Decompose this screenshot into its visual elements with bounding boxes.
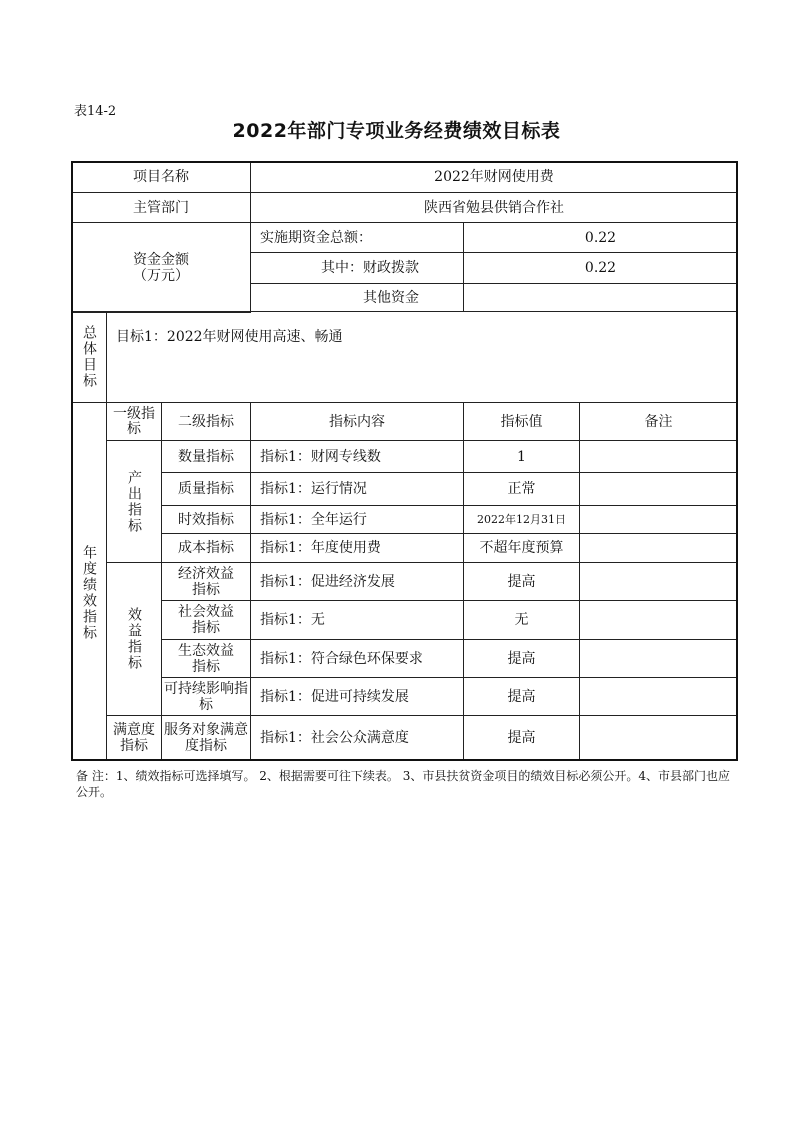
level2-cell: 社会效益指标 bbox=[161, 600, 251, 640]
overall-goal-label-cell: 总体目标 bbox=[71, 311, 107, 403]
content-cell: 指标1：社会公众满意度 bbox=[250, 715, 464, 761]
level2-cell: 质量指标 bbox=[161, 472, 251, 506]
funds-fiscal-label: 其中：财政拨款 bbox=[250, 252, 464, 284]
content-cell: 指标1：符合绿色环保要求 bbox=[250, 639, 464, 678]
value-cell: 正常 bbox=[463, 472, 580, 506]
header-level2: 二级指标 bbox=[161, 402, 251, 441]
header-remark: 备注 bbox=[579, 402, 738, 441]
remark-cell bbox=[579, 562, 738, 601]
content-cell: 指标1：促进经济发展 bbox=[250, 562, 464, 601]
funds-label: 资金金额 bbox=[133, 252, 189, 268]
level1-output: 产出指标 bbox=[106, 440, 162, 563]
value-cell: 2022年12月31日 bbox=[463, 505, 580, 534]
performance-target-table: 项目名称 2022年财网使用费 主管部门 陕西省勉县供销合作社 资金金额 （万元… bbox=[72, 162, 738, 761]
footnote: 备 注：1、绩效指标可选择填写。 2、根据需要可往下续表。 3、市县扶贫资金项目… bbox=[76, 768, 740, 800]
project-name-value: 2022年财网使用费 bbox=[250, 161, 738, 193]
header-value: 指标值 bbox=[463, 402, 580, 441]
value-cell: 不超年度预算 bbox=[463, 533, 580, 563]
level1-satisfaction: 满意度指标 bbox=[106, 715, 162, 761]
level2-cell: 成本指标 bbox=[161, 533, 251, 563]
level1-benefit: 效益指标 bbox=[106, 562, 162, 716]
content-cell: 指标1：全年运行 bbox=[250, 505, 464, 534]
dept-value: 陕西省勉县供销合作社 bbox=[250, 192, 738, 223]
page-title: 2022年部门专项业务经费绩效目标表 bbox=[0, 116, 793, 143]
level2-cell: 生态效益指标 bbox=[161, 639, 251, 678]
value-cell: 提高 bbox=[463, 715, 580, 761]
funds-other-label: 其他资金 bbox=[250, 283, 464, 312]
level2-cell: 服务对象满意度指标 bbox=[161, 715, 251, 761]
annual-label-cell: 年度绩效指标 bbox=[71, 402, 107, 760]
funds-unit: （万元） bbox=[133, 268, 189, 284]
value-cell: 提高 bbox=[463, 562, 580, 601]
content-cell: 指标1：运行情况 bbox=[250, 472, 464, 506]
funds-other-value bbox=[463, 283, 738, 312]
remark-cell bbox=[579, 639, 738, 678]
overall-goal-text: 目标1：2022年财网使用高速、畅通 bbox=[106, 311, 738, 403]
value-cell: 1 bbox=[463, 440, 580, 473]
remark-cell bbox=[579, 505, 738, 534]
value-cell: 无 bbox=[463, 600, 580, 640]
remark-cell bbox=[579, 677, 738, 716]
funds-total-value: 0.22 bbox=[463, 222, 738, 253]
value-cell: 提高 bbox=[463, 677, 580, 716]
annual-label: 年度绩效指标 bbox=[81, 545, 97, 641]
header-content: 指标内容 bbox=[250, 402, 464, 441]
funds-total-label: 实施期资金总额： bbox=[250, 222, 464, 253]
remark-cell bbox=[579, 472, 738, 506]
funds-fiscal-value: 0.22 bbox=[463, 252, 738, 284]
level2-cell: 可持续影响指标 bbox=[161, 677, 251, 716]
content-cell: 指标1：促进可持续发展 bbox=[250, 677, 464, 716]
level2-cell: 数量指标 bbox=[161, 440, 251, 473]
project-name-label: 项目名称 bbox=[71, 161, 251, 193]
content-cell: 指标1：无 bbox=[250, 600, 464, 640]
value-cell: 提高 bbox=[463, 639, 580, 678]
level2-cell: 时效指标 bbox=[161, 505, 251, 534]
remark-cell bbox=[579, 600, 738, 640]
funds-label-cell: 资金金额 （万元） bbox=[71, 222, 251, 313]
overall-goal-label: 总体目标 bbox=[81, 325, 97, 389]
remark-cell bbox=[579, 440, 738, 473]
dept-label: 主管部门 bbox=[71, 192, 251, 223]
content-cell: 指标1：年度使用费 bbox=[250, 533, 464, 563]
content-cell: 指标1：财网专线数 bbox=[250, 440, 464, 473]
level2-cell: 经济效益指标 bbox=[161, 562, 251, 601]
header-level1: 一级指标 bbox=[106, 402, 162, 441]
remark-cell bbox=[579, 715, 738, 761]
remark-cell bbox=[579, 533, 738, 563]
